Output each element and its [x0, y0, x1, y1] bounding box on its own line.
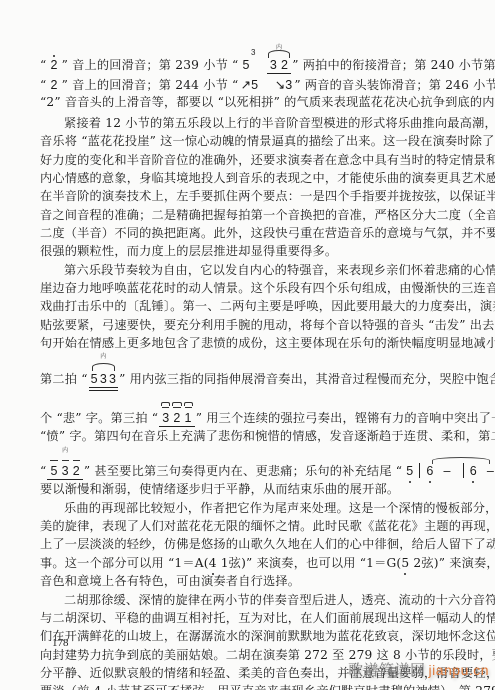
eighth-underline — [159, 426, 194, 427]
tie-icon — [432, 457, 490, 464]
high-octave-dot — [53, 55, 55, 57]
text-line: 崖边奋力地呼唤蓝花花时的动人情景。这个乐段有四个乐句组成，由慢渐快的三连音近似于 — [40, 281, 452, 295]
watermark: 歌谱简谱网jianpu.cn — [348, 659, 489, 680]
key-note: 4 — [209, 556, 217, 570]
text-segment: 个 “悲” 字。第三拍 “ — [40, 411, 158, 425]
text-line: 在半音阶的演奏技术上，左手要抓住两个要点：一是四个手指要并拢按弦，以保证半音阶各 — [40, 189, 452, 203]
text-line: “2” 音音头的上滑音等，都要以 “以死相拼” 的气质来表现蓝花花决心抗争到底的… — [40, 95, 452, 109]
page-number: 178 — [52, 637, 69, 649]
tenuto-icon — [162, 407, 169, 408]
eighth-underline — [89, 387, 118, 388]
text-line: 音之间音程的准确；二是精确把握每拍第一个音换把的音准，严格区分大二度（全音）和小 — [40, 208, 452, 222]
text-line: 内心情感的意象，身临其境地投人到音乐的表现之中，才能使乐曲的演奏更具艺术感染力。 — [40, 171, 452, 185]
key-note: 5 — [401, 556, 409, 570]
paragraph-start: 第六乐段节奏较为自由，它以发自内心的特强音，来表现乡亲们怀着悲痛的心情，在山 — [64, 263, 452, 277]
jianpu-ending-phrase: 56–6– — [402, 463, 495, 478]
text-line: 第二拍 “内533” 用内弦三指的同指伸展滑音奏出，其滑音过程慢而充分，哭腔中饱… — [40, 372, 452, 386]
tenuto-icon — [50, 460, 57, 461]
grace-superscript: 3 — [251, 46, 256, 60]
text-line: 音色和意境上各有特色，可由演奏者自行选择。 — [40, 574, 452, 588]
jianpu-triplet: 内533 — [88, 372, 119, 386]
text-segment: 第二拍 “ — [40, 372, 88, 386]
downbow-icon — [184, 402, 193, 406]
text-line: “愤” 字。第四句在音乐上充满了悲伤和惋惜的情感，发音逐渐趋于连贯、柔和，第二拍 — [40, 429, 452, 443]
jianpu-slurred-notes: 内32 — [266, 58, 292, 72]
low-octave-dot — [472, 481, 474, 483]
barline — [463, 463, 464, 478]
barline — [419, 463, 420, 478]
text-segment: ” 用三个连续的强拉弓奏出，铿锵有力的音响中突出了一个 — [196, 411, 495, 425]
text-segment: ” 用内弦三指的同指伸展滑音奏出，其滑音过程慢而充分，哭腔中饱含了一 — [119, 372, 495, 386]
text-line: 音乐将 “蓝花花投崖” 这一惊心动魄的情景逼真的描绘了出来。这一段在演奏时除了要… — [40, 134, 452, 148]
text-segment: ” 甚至要比第三句奏得更内在、更悲痛；乐句的补充结尾 “ — [84, 464, 402, 478]
text-segment: ” 音上的回滑音；第 239 小节 “ — [62, 58, 239, 72]
jianpu-notes: 内532 — [46, 464, 83, 478]
text-line: 美的旋律，表现了人们对蓝花花无限的缅怀之情。此时民歌《蓝花花》主题的再现，似乎蒙 — [40, 519, 452, 533]
text-segment: 事。这一个部分可以用 “1＝A( — [40, 556, 209, 570]
dash-extension: – — [487, 464, 494, 478]
text-line: 要以渐慢和渐弱，使情绪逐步归于平静，从而结束乐曲的展开部。 — [40, 482, 452, 496]
watermark-url: jianpu.cn — [429, 662, 490, 678]
jianpu-grace-note: 53 — [239, 58, 254, 72]
paragraph-start: 乐曲的再现部比较短小，作者把它作为尾声来处理。这是一个深情的慢板部分，徐缓柔 — [64, 501, 452, 515]
paragraph-start: 紧接着 12 小节的第五乐段以上行的半音阶音型模进的形式将乐曲推向最高潮，紧张的 — [64, 116, 452, 130]
text-segment: 1弦)” 来演奏，也可以用 “1＝G( — [217, 556, 402, 570]
text-segment: ” 音上的回滑音；第 244 小节 “ — [62, 78, 239, 92]
watermark-text: 歌谱简谱网 — [348, 661, 426, 679]
text-line: “2” 音上的回滑音；第 239 小节 “53 内32” 两拍中的衔接滑音；第 … — [40, 58, 452, 72]
text-segment: 2弦)” 来演奏，在 — [409, 556, 495, 570]
text-line: 个 “悲” 字。第三拍 “321” 用三个连续的强拉弓奏出，铿锵有力的音响中突出… — [40, 411, 452, 425]
slur-icon — [268, 50, 290, 58]
fingering-mark: 内 — [62, 444, 68, 458]
downbow-icon — [172, 402, 181, 406]
tenuto-icon — [173, 407, 180, 408]
paragraph-start: 二胡那徐缓、深情的旋律在两小节的伴奏音型后进人，透亮、流动的十六分音符伴奏音型 — [64, 593, 452, 607]
text-line: 二度（半音）不同的换把距离。此外，这段快弓重在营造音乐的意境与气氛，并不要求具有 — [40, 226, 452, 240]
tenuto-icon — [185, 407, 192, 408]
tenuto-icon — [62, 460, 69, 461]
fingering-mark: 内 — [100, 350, 106, 364]
slide-arc-icon — [92, 363, 115, 371]
text-line: “内532” 甚至要比第三句奏得更内在、更悲痛；乐句的补充结尾 “56–6–” — [40, 463, 452, 478]
text-segment: ” 两拍中的衔接滑音；第 240 小节第一拍 — [292, 58, 495, 72]
text-line: 事。这一个部分可以用 “1＝A(4 1弦)” 来演奏，也可以用 “1＝G(5 2… — [40, 556, 452, 570]
text-line: 戏曲打击乐中的〔乱锤〕。第一、二两句主要是呼唤，因此要用最大的力度奏出，演奏时弓… — [40, 299, 452, 313]
downbow-icon — [161, 402, 170, 406]
jianpu-note: 2 — [46, 78, 61, 92]
eighth-underline — [267, 73, 291, 74]
jianpu-note: 2 — [46, 58, 61, 72]
text-line: 好力度的变化和半音阶音位的准确外，还要求演奏者在意念中具有当时的特定情景和主人公 — [40, 153, 452, 167]
text-line: 们在开满鲜花的山坡上，在潺潺流水的深涧前默默地为蓝花花致哀，深切地怀念这位勇于 — [40, 629, 452, 643]
text-line: 贴弦要紧，弓速要快，要充分利用手腕的甩动，将每个音以特强的音头 “击发” 出去。… — [40, 318, 452, 332]
jianpu-accented-notes: 321 — [158, 411, 195, 425]
text-line: “2” 音上的回滑音；第 244 小节 “↗5 ↘3” 两音的音头装饰滑音；第 … — [40, 78, 452, 92]
text-line: 与二胡深切、平稳的曲调互相衬托，互为对比，在人们面前展现出这样一幅动人的情景：乡… — [40, 611, 452, 625]
text-line: 句开始在情感上更多地包含了悲愤的成份，这主要体现在乐句的渐快幅度明显地减小，以及 — [40, 336, 452, 350]
text-line: 要淡（前 4 小节甚至可不揉弦，用平直音来表现乡亲们默哀时肃穆的神情）。第 27… — [40, 684, 452, 690]
jianpu-slide-note: ↗5 — [239, 78, 261, 92]
text-line: 上了一层淡淡的轻纱，仿佛是悠扬的山歌久久地在人们的心中徘徊，给后人留下了动人的故 — [40, 537, 452, 551]
dash-extension: – — [444, 464, 451, 478]
text-line: 很强的颗粒性，而力度上的层层推进却显得重要得多。 — [40, 244, 452, 258]
jianpu-slide-note: ↘3 — [273, 78, 295, 92]
eighth-underline — [47, 479, 82, 480]
sixteenth-underline — [89, 390, 118, 391]
tenuto-icon — [73, 460, 80, 461]
text-segment: ” 两音的音头装饰滑音；第 246 小节第一拍 — [294, 78, 495, 92]
